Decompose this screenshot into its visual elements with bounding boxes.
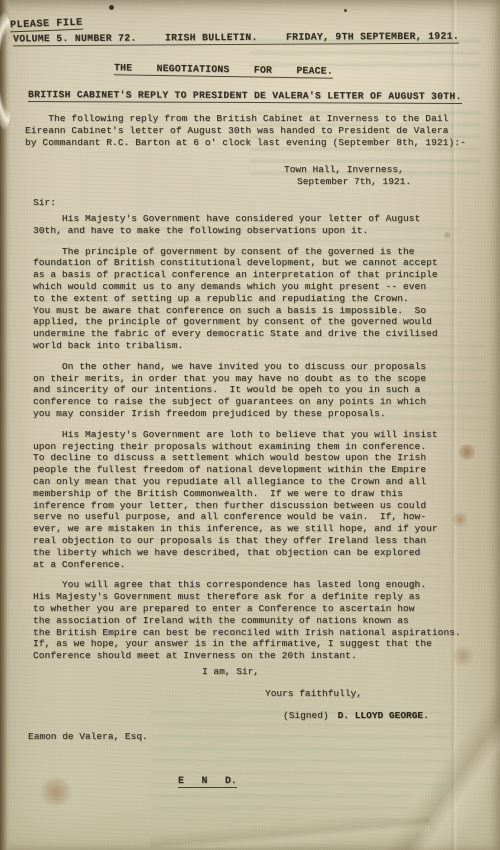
article-subtitle: BRITISH CABINET'S REPLY TO PRESIDENT DE … bbox=[28, 89, 462, 102]
letter-body: His Majesty's Government have considered… bbox=[33, 213, 477, 671]
end-mark-text: E N D. bbox=[178, 775, 237, 788]
signed-prefix: (Signed) bbox=[283, 710, 329, 721]
ink-fleck bbox=[109, 5, 114, 10]
addressee-line: Eamon de Valera, Esq. bbox=[28, 731, 148, 742]
article-title: THE NEGOTIATIONS FOR PEACE. bbox=[114, 62, 333, 76]
closing-line-2: Yours faithfully, bbox=[265, 688, 362, 699]
letter-paragraph: His Majesty's Government are loth to bel… bbox=[33, 429, 477, 571]
ink-fleck bbox=[344, 9, 347, 12]
end-mark: E N D. bbox=[178, 775, 237, 786]
address-date-line: September 7th, 1921. bbox=[297, 176, 411, 188]
document-page: PLEASE FILE VOLUME 5. NUMBER 72. IRISH B… bbox=[0, 0, 500, 850]
signed-name: D. LLOYD GEORGE. bbox=[338, 710, 429, 721]
intro-paragraph: The following reply from the British Cab… bbox=[25, 113, 466, 149]
masthead-volume-number: VOLUME 5. NUMBER 72. bbox=[13, 33, 137, 45]
masthead: VOLUME 5. NUMBER 72. IRISH BULLETIN. FRI… bbox=[13, 31, 459, 47]
masthead-date: FRIDAY, 9TH SEPTEMBER, 1921. bbox=[286, 31, 459, 43]
letter-paragraph: You will agree that this correspondence … bbox=[33, 579, 477, 662]
salutation: Sir: bbox=[33, 197, 56, 208]
bottom-wrinkle bbox=[150, 818, 430, 848]
stain bbox=[40, 778, 72, 806]
letter-paragraph: His Majesty's Government have considered… bbox=[33, 213, 477, 237]
address-line: Town Hall, Inverness, bbox=[284, 164, 411, 176]
masthead-publication-name: IRISH BULLETIN. bbox=[165, 32, 258, 44]
signature-line: (Signed) D. LLOYD GEORGE. bbox=[283, 710, 429, 721]
letter-paragraph: The principle of government by consent o… bbox=[33, 246, 477, 352]
article-title-text: THE NEGOTIATIONS FOR PEACE. bbox=[114, 62, 333, 78]
letter-address: Town Hall, Inverness, September 7th, 192… bbox=[284, 164, 411, 188]
ink-bleed-through bbox=[150, 795, 410, 820]
letter-paragraph: On the other hand, we have invited you t… bbox=[33, 361, 477, 420]
please-file-stamp: PLEASE FILE bbox=[10, 18, 83, 33]
closing-line-1: I am, Sir, bbox=[202, 666, 259, 677]
article-subtitle-text: BRITISH CABINET'S REPLY TO PRESIDENT DE … bbox=[28, 89, 462, 104]
